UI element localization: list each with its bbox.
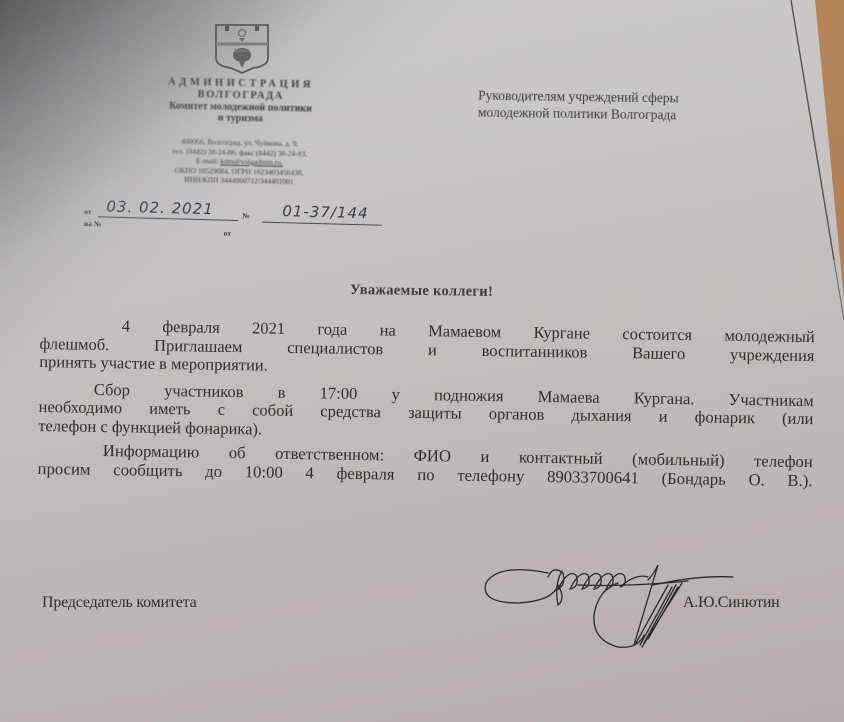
- registration-block: от 03. 02. 2021 № 01-37/144 на № от: [84, 199, 395, 247]
- handwritten-number: 01-37/144: [282, 202, 369, 222]
- recipient-block: Руководителям учреждений сферы молодежно…: [478, 87, 679, 124]
- letter-body: 4 февраля 2021 года на Мамаевом Кургане …: [37, 316, 814, 490]
- paragraph-event: 4 февраля 2021 года на Мамаевом Кургане …: [39, 316, 815, 384]
- salutation: Уважаемые коллеги!: [350, 282, 493, 301]
- recipient-line: молодежной политики Волгограда: [478, 104, 679, 124]
- email-label: E-mail:: [196, 156, 221, 166]
- handwritten-date: 03. 02. 2021: [106, 198, 214, 219]
- signatory-title: Председатель комитета: [42, 594, 197, 612]
- coat-of-arms-icon: [213, 22, 271, 74]
- email-link[interactable]: kdm@volgadmin.ru,: [220, 157, 283, 167]
- org-address: 400066, Волгоград, ул. Чуйкова, д. 9, те…: [114, 135, 365, 188]
- signatory-name: А.Ю.Синютин: [683, 594, 779, 612]
- letterhead: АДМИНИСТРАЦИЯ ВОЛГОГРАДА Комитет молодеж…: [114, 75, 366, 188]
- paragraph-gathering: Сбор участников в 17:00 у подножия Мамае…: [38, 379, 814, 447]
- number-label: №: [242, 211, 250, 220]
- from-label: от: [84, 207, 92, 216]
- photo-stage: АДМИНИСТРАЦИЯ ВОЛГОГРАДА Комитет молодеж…: [0, 0, 844, 722]
- reply-from-label: от: [224, 229, 232, 238]
- reply-to-label: на №: [84, 219, 102, 228]
